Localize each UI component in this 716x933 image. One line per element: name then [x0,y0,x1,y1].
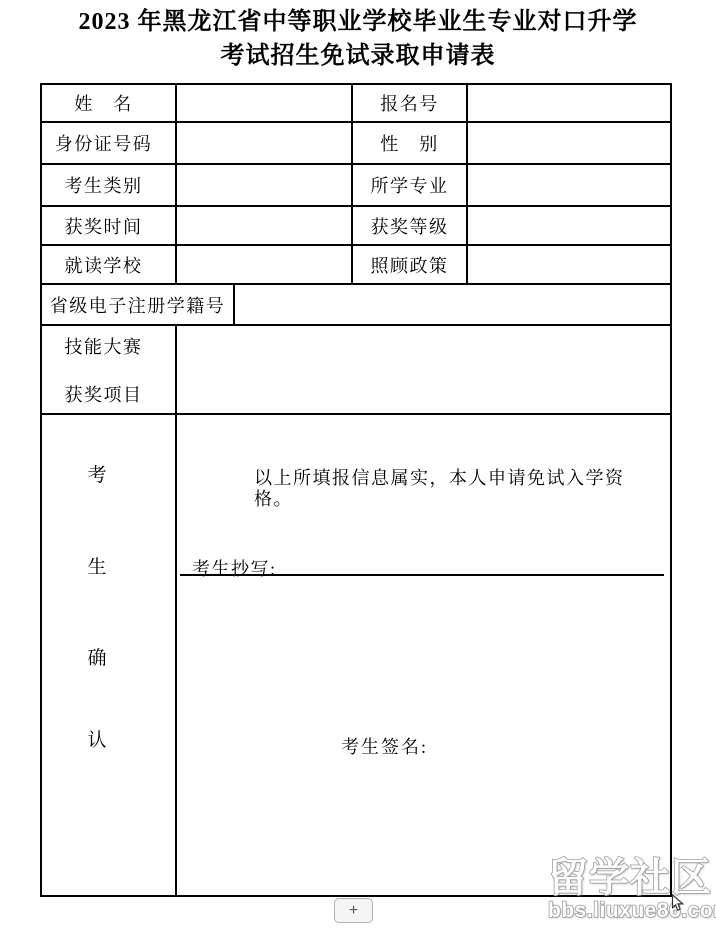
value-preferential-policy [468,246,670,283]
value-id-number [177,123,353,163]
label-name: 姓 名 [42,85,177,121]
label-gender: 性 别 [353,123,468,163]
watermark-brand: 留学社区 [548,856,716,900]
table-row-name: 姓 名 报名号 [42,85,670,123]
confirm-content-area: 以上所填报信息属实，本人申请免试入学资格。 考生抄写: 考生签名: [177,415,670,895]
value-provincial-student-id [235,285,670,324]
value-registration-number [468,85,670,121]
application-form-page: 2023 年黑龙江省中等职业学校毕业生专业对口升学 考试招生免试录取申请表 姓 … [0,0,716,933]
value-name [177,85,353,121]
label-award-time: 获奖时间 [42,207,177,244]
label-id-number: 身份证号码 [42,123,177,163]
value-candidate-category [177,165,353,205]
table-row-skills-award: 技能大赛 获奖项目 [42,326,670,415]
table-row-student-id: 省级电子注册学籍号 [42,285,670,326]
value-gender [468,123,670,163]
table-row-category: 考生类别 所学专业 [42,165,670,207]
page-title-line2: 考试招生免试录取申请表 [0,39,716,73]
value-skills-competition-award [177,326,670,413]
value-award-level [468,207,670,244]
value-school [177,246,353,283]
confirm-char-3: 确 [42,649,152,669]
value-award-time [177,207,353,244]
value-major [468,165,670,205]
label-skills-line1: 技能大赛 [65,333,143,359]
candidate-signature-label: 考生签名: [341,733,428,759]
table-row-school: 就读学校 照顾政策 [42,246,670,285]
mouse-cursor-icon [671,894,686,917]
candidate-copy-line: 考生抄写: [180,555,664,576]
label-major: 所学专业 [353,165,468,205]
page-title: 2023 年黑龙江省中等职业学校毕业生专业对口升学 考试招生免试录取申请表 [0,5,716,73]
confirmation-statement: 以上所填报信息属实，本人申请免试入学资格。 [254,468,660,510]
label-registration-number: 报名号 [353,85,468,121]
confirm-char-1: 考 [42,466,152,486]
candidate-copy-label: 考生抄写: [192,559,277,579]
table-row-award-time: 获奖时间 获奖等级 [42,207,670,246]
table-row-id-number: 身份证号码 性 别 [42,123,670,165]
label-skills-competition-award: 技能大赛 获奖项目 [42,326,177,413]
label-school: 就读学校 [42,246,177,283]
plus-icon: + [349,903,358,919]
watermark: 留学社区 bbs.liuxue86.com [548,856,716,922]
label-candidate-category: 考生类别 [42,165,177,205]
label-skills-line2: 获奖项目 [65,381,143,407]
zoom-in-button[interactable]: + [334,898,373,923]
label-award-level: 获奖等级 [353,207,468,244]
confirm-char-2: 生 [42,558,152,578]
confirm-char-4: 认 [42,731,152,751]
table-row-candidate-confirmation: 考 生 确 认 以上所填报信息属实，本人申请免试入学资格。 考生抄写: 考生签名… [42,415,670,895]
label-preferential-policy: 照顾政策 [353,246,468,283]
page-title-line1: 2023 年黑龙江省中等职业学校毕业生专业对口升学 [0,5,716,39]
watermark-url: bbs.liuxue86.com [548,900,716,922]
confirm-vertical-label: 考 生 确 认 [42,415,177,895]
label-provincial-student-id: 省级电子注册学籍号 [42,285,235,324]
application-form-table: 姓 名 报名号 身份证号码 性 别 考生类别 所学专业 获奖时间 获奖等级 就读… [40,83,672,897]
